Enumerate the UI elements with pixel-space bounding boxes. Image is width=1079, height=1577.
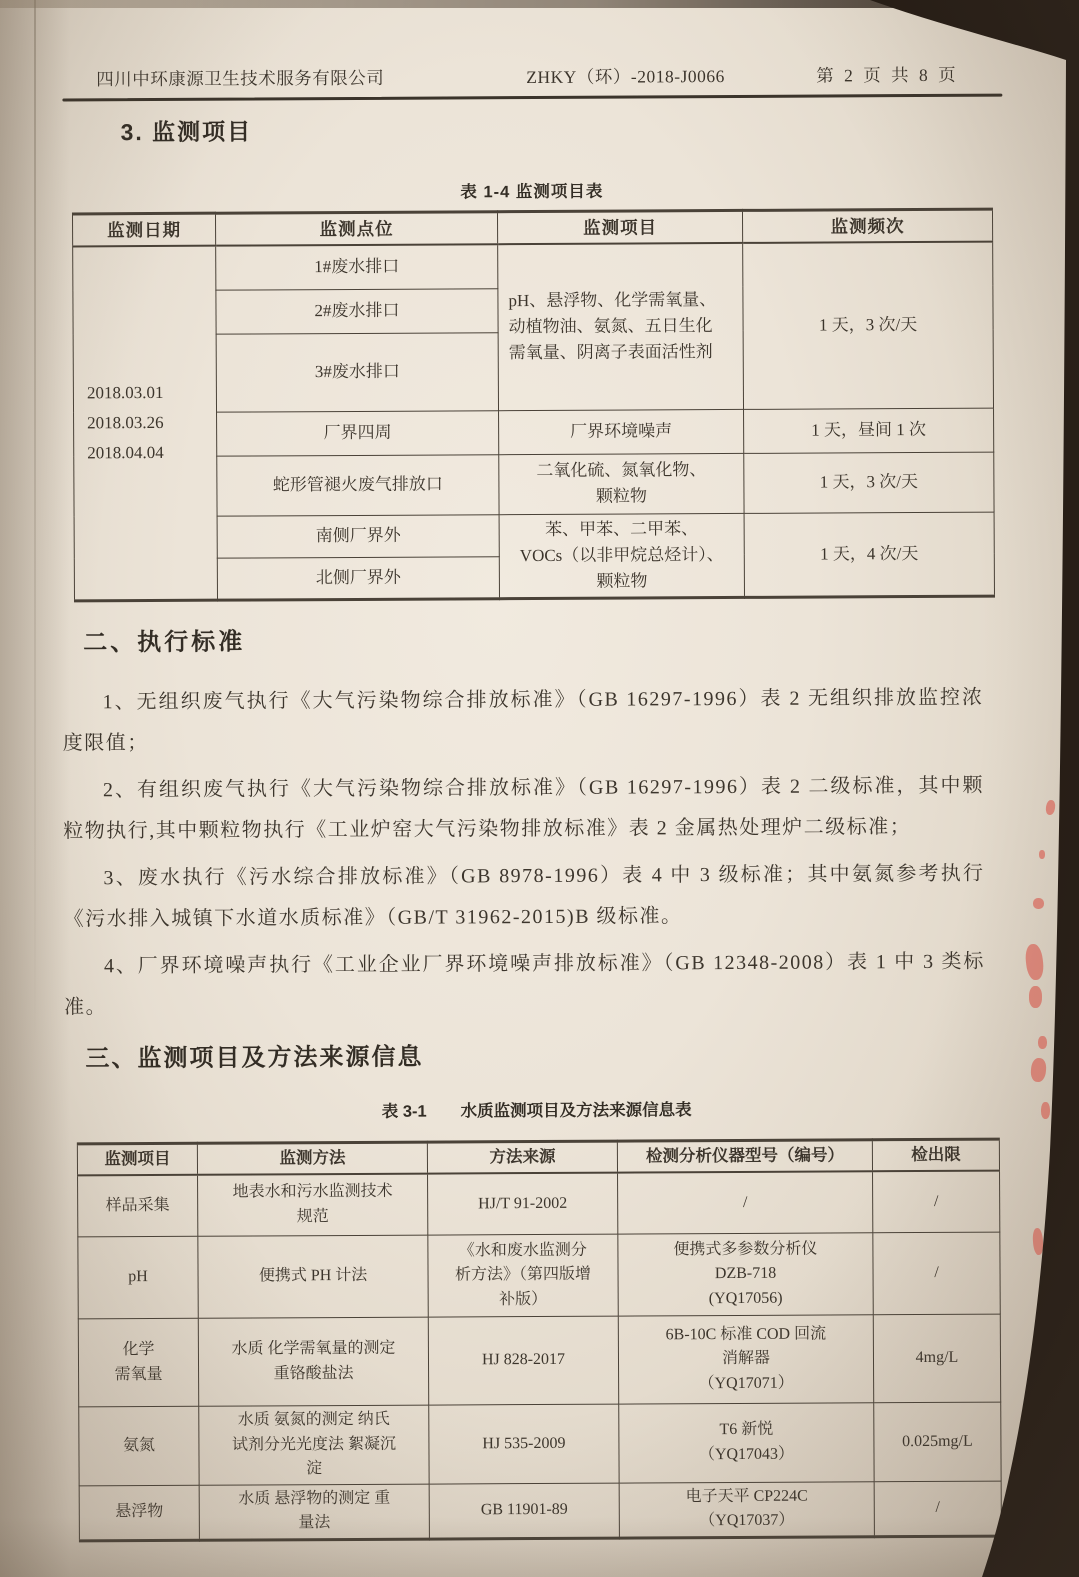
cell-monitoring-dates: 2018.03.01 2018.03.26 2018.04.04 (73, 246, 218, 601)
table-row: 氨氮 水质 氨氮的测定 纳氏 试剂分光光度法 絮凝沉 淀 HJ 535-2009… (79, 1402, 1001, 1485)
cell-voc-items: 苯、甲苯、二甲苯、 VOCs（以非甲烷总烃计）、 颗粒物 (499, 513, 744, 598)
cell-source: HJ 535-2009 (429, 1404, 619, 1483)
col-header-item: 监测项目 (77, 1143, 197, 1175)
col-header-item: 监测项目 (497, 210, 742, 244)
standard-paragraph-2: 2、有组织废气执行《大气污染物综合排放标准》（GB 16297-1996）表 2… (63, 766, 984, 853)
cell-noise-item: 厂界环境噪声 (499, 409, 744, 454)
table-row: 样品采集 地表水和污水监测技术 规范 HJ/T 91-2002 / / (78, 1170, 1000, 1237)
red-stamp-mark (1039, 850, 1045, 859)
cell-flue-frequency: 1 天，3 次/天 (744, 452, 994, 513)
col-header-instrument: 检测分析仪器型号（编号） (617, 1140, 872, 1172)
cell-source: 《水和废水监测分 析方法》（第四版增 补版） (428, 1234, 618, 1317)
table-header-row: 监测日期 监测点位 监测项目 监测频次 (72, 209, 992, 246)
col-header-source: 方法来源 (427, 1141, 617, 1173)
table2-caption: 表 3-1水质监测项目及方法来源信息表 (77, 1095, 997, 1124)
cell-item: 悬浮物 (79, 1485, 199, 1541)
cell-item: 化学 需氧量 (78, 1318, 198, 1407)
cell-point-north: 北侧厂界外 (217, 556, 499, 599)
document-header: 四川中环康源卫生技术服务有限公司 ZHKY（环）-2018-J0066 第 2 … (96, 62, 986, 92)
header-company-name: 四川中环康源卫生技术服务有限公司 (96, 64, 526, 91)
cell-item: 样品采集 (78, 1174, 198, 1237)
col-header-point: 监测点位 (215, 212, 497, 246)
table-header-row: 监测项目 监测方法 方法来源 检测分析仪器型号（编号） 检出限 (77, 1139, 999, 1175)
section-heading-monitoring-items: 3. 监测项目 (120, 113, 252, 147)
table-row: pH 便携式 PH 计法 《水和废水监测分 析方法》（第四版增 补版） 便携式多… (78, 1232, 1000, 1319)
red-stamp-mark (1039, 1286, 1047, 1305)
cell-method: 水质 氨氮的测定 纳氏 试剂分光光度法 絮凝沉 淀 (199, 1405, 429, 1485)
table-row: 化学 需氧量 水质 化学需氧量的测定 重铬酸盐法 HJ 828-2017 6B-… (78, 1314, 1000, 1407)
scanned-document-photo: 四川中环康源卫生技术服务有限公司 ZHKY（环）-2018-J0066 第 2 … (0, 0, 1079, 1577)
section-heading-methods: 三、监测项目及方法来源信息 (85, 1037, 423, 1074)
header-page-number: 第 2 页 共 8 页 (816, 62, 986, 88)
cell-instrument: 6B-10C 标准 COD 回流 消解器 （YQ17071） (618, 1315, 873, 1404)
section-heading-standards: 二、执行标准 (83, 622, 245, 658)
cell-voc-frequency: 1 天，4 次/天 (744, 512, 994, 597)
table-row: 悬浮物 水质 悬浮物的测定 重 量法 GB 11901-89 电子天平 CP22… (79, 1481, 1001, 1541)
cell-item: pH (78, 1236, 198, 1319)
red-stamp-mark (1041, 1102, 1050, 1119)
cell-limit: / (873, 1232, 1000, 1315)
cell-limit: / (873, 1170, 1000, 1233)
table1-caption: 表 1-4 监测项目表 (72, 176, 992, 205)
cell-instrument: 电子天平 CP224C （YQ17037） (619, 1481, 874, 1537)
table2-caption-text: 水质监测项目及方法来源信息表 (461, 1101, 692, 1120)
header-doc-number: ZHKY（环）-2018-J0066 (526, 63, 816, 90)
cell-instrument: T6 新悦 （YQ17043） (619, 1403, 874, 1483)
standard-paragraph-4: 4、厂界环境噪声执行《工业企业厂界环境噪声排放标准》（GB 12348-2008… (64, 942, 985, 1029)
cell-method: 地表水和污水监测技术 规范 (198, 1173, 428, 1236)
cell-source: HJ/T 91-2002 (428, 1172, 618, 1235)
cell-method: 水质 化学需氧量的测定 重铬酸盐法 (198, 1317, 428, 1406)
cell-item: 氨氮 (79, 1406, 199, 1485)
cell-wastewater-items: pH、悬浮物、化学需氧量、 动植物油、氨氮、五日生化 需氧量、阴离子表面活性剂 (498, 243, 744, 410)
water-methods-table: 监测项目 监测方法 方法来源 检测分析仪器型号（编号） 检出限 样品采集 地表水… (77, 1138, 1002, 1542)
cell-wastewater-frequency: 1 天，3 次/天 (743, 242, 994, 409)
cell-point-outfall2: 2#废水排口 (216, 288, 498, 333)
cell-point-flue: 蛇形管褪火废气排放口 (217, 454, 499, 515)
red-stamp-mark (1033, 898, 1044, 909)
header-rule (62, 94, 1002, 102)
standards-paragraphs: 1、无组织废气执行《大气污染物综合排放标准》（GB 16297-1996）表 2… (62, 678, 985, 1035)
table2-caption-label: 表 3-1 (382, 1103, 427, 1121)
col-header-method: 监测方法 (197, 1142, 427, 1174)
cell-point-boundary: 厂界四周 (217, 410, 499, 455)
red-stamp-mark (1029, 986, 1042, 1008)
cell-flue-items: 二氧化硫、氮氧化物、 颗粒物 (499, 453, 744, 514)
red-stamp-mark (1038, 1036, 1047, 1049)
cell-point-south: 南侧厂界外 (217, 514, 499, 557)
cell-instrument: 便携式多参数分析仪 DZB-718 (YQ17056) (618, 1233, 873, 1316)
cell-method: 水质 悬浮物的测定 重 量法 (199, 1484, 429, 1540)
cell-point-outfall1: 1#废水排口 (216, 244, 498, 289)
standard-paragraph-3: 3、废水执行《污水综合排放标准》（GB 8978-1996）表 4 中 3 级标… (63, 854, 984, 941)
cell-instrument: / (618, 1171, 873, 1234)
monitoring-items-table: 监测日期 监测点位 监测项目 监测频次 2018.03.01 2018.03.2… (72, 208, 995, 602)
standard-paragraph-1: 1、无组织废气执行《大气污染物综合排放标准》（GB 16297-1996）表 2… (62, 678, 983, 765)
cell-limit: 0.025mg/L (874, 1402, 1001, 1481)
cell-limit: / (874, 1481, 1001, 1537)
cell-limit: 4mg/L (873, 1314, 1000, 1403)
cell-method: 便携式 PH 计法 (198, 1235, 428, 1318)
col-header-date: 监测日期 (72, 213, 215, 246)
cell-noise-frequency: 1 天，昼间 1 次 (744, 408, 994, 453)
cell-point-outfall3: 3#废水排口 (216, 332, 498, 411)
page-content: 四川中环康源卫生技术服务有限公司 ZHKY（环）-2018-J0066 第 2 … (0, 0, 1079, 1577)
cell-source: GB 11901-89 (429, 1483, 619, 1539)
cell-source: HJ 828-2017 (428, 1316, 618, 1405)
col-header-frequency: 监测频次 (742, 209, 992, 243)
table-row: 2018.03.01 2018.03.26 2018.04.04 1#废水排口 … (73, 242, 993, 291)
col-header-limit: 检出限 (872, 1139, 999, 1171)
